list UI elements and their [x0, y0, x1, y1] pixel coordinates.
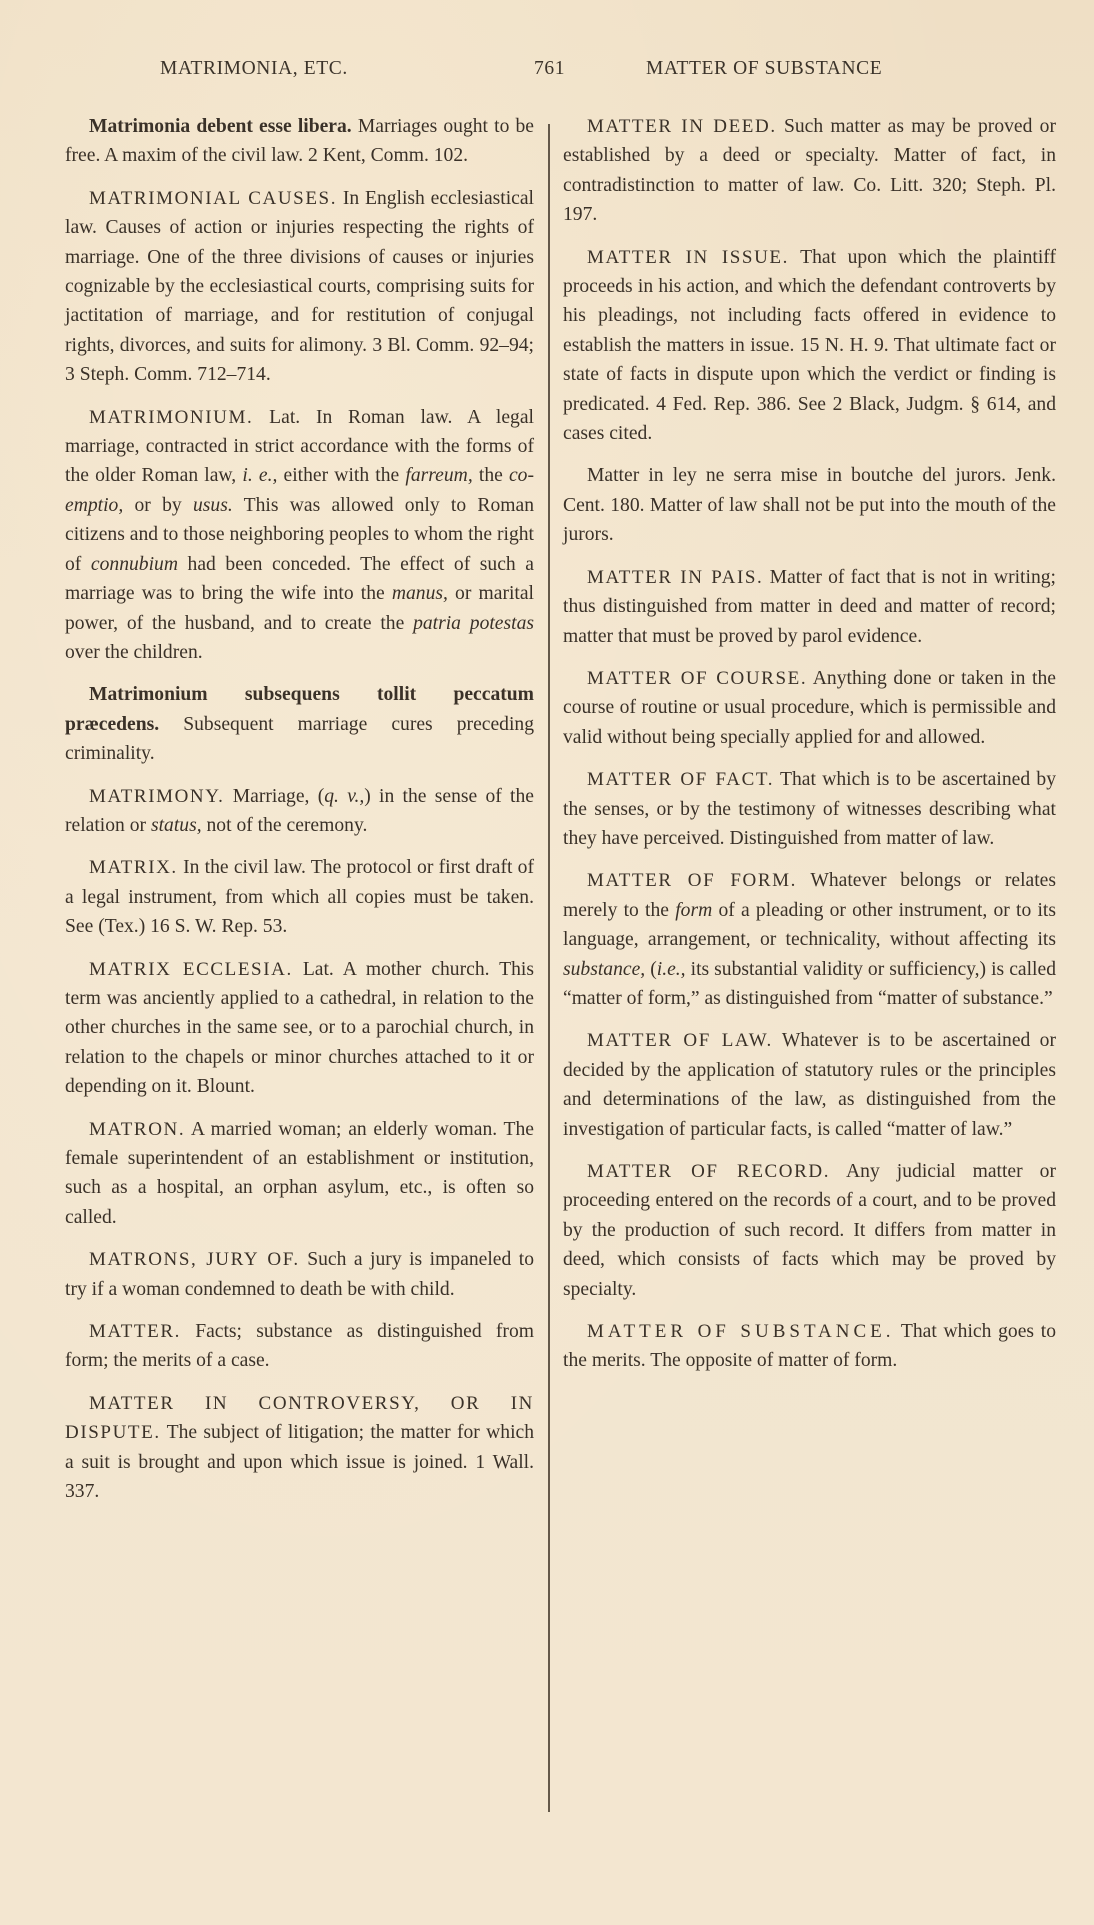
entry-term: MATRIX ECCLESIA. [89, 959, 293, 980]
entry-matrix: MATRIX. In the civil law. The protocol o… [65, 853, 534, 941]
italic-text: i.e., [657, 959, 686, 980]
entry-term: MATRONS, JURY OF. [89, 1249, 300, 1270]
entry-matrimony: MATRIMONY. Marriage, (q. v.,) in the sen… [65, 782, 534, 841]
entry-text: over the children. [65, 642, 203, 663]
italic-text: connubium [91, 554, 178, 575]
entry-matter-in-issue: MATTER IN ISSUE. That upon which the pla… [563, 243, 1056, 449]
entry-matrix-ecclesia: MATRIX ECCLESIA. Lat. A mother church. T… [65, 955, 534, 1102]
entry-text: Marriage, ( [233, 786, 325, 807]
italic-text: substance, [563, 959, 645, 980]
entry-term: MATRIMONIUM. [89, 407, 253, 428]
entry-term: MATTER OF FACT. [587, 769, 774, 790]
entry-text: In English ecclesiastical law. Causes of… [65, 188, 534, 385]
entry-term: MATTER OF RECORD. [587, 1161, 830, 1182]
entry-text: ( [645, 959, 657, 980]
entry-term: MATTER IN PAIS. [587, 567, 763, 588]
entry-matrimonium: MATRIMONIUM. Lat. In Roman law. A legal … [65, 403, 534, 668]
entry-matter-of-substance: MATTER OF SUBSTANCE. That which goes to … [563, 1317, 1056, 1376]
page-number: 761 [534, 58, 565, 80]
running-head: MATRIMONIA, ETC. 761 MATTER OF SUBSTANCE [0, 58, 1094, 88]
entry-term: MATTER. [89, 1321, 181, 1342]
entry-matter-in-ley: Matter in ley ne serra mise in boutche d… [563, 461, 1056, 549]
entry-matter-in-controversy: MATTER IN CONTROVERSY, OR IN DISPUTE. Th… [65, 1389, 534, 1507]
entry-matter-in-pais: MATTER IN PAIS. Matter of fact that is n… [563, 563, 1056, 651]
entry-term: MATRON. [89, 1119, 185, 1140]
entry-matrimonial-causes: MATRIMONIAL CAUSES. In English ecclesias… [65, 184, 534, 390]
italic-text: farreum, [405, 465, 472, 486]
entry-term: MATRIX. [89, 857, 178, 878]
entry-text: the [473, 465, 509, 486]
entry-matter-of-form: MATTER OF FORM. Whatever belongs or rela… [563, 866, 1056, 1013]
entry-term: MATTER IN DEED. [587, 116, 777, 137]
entry-matrimonium-subsequens: Matrimonium subsequens tollit peccatum p… [65, 680, 534, 768]
entry-matrons-jury-of: MATRONS, JURY OF. Such a jury is impanel… [65, 1245, 534, 1304]
entry-text: That upon which the plaintiff proceeds i… [563, 247, 1056, 444]
running-head-left: MATRIMONIA, ETC. [160, 58, 348, 80]
entry-text: not of the ceremony. [202, 815, 368, 836]
entry-matter: MATTER. Facts; substance as distinguishe… [65, 1317, 534, 1376]
dictionary-page: MATRIMONIA, ETC. 761 MATTER OF SUBSTANCE… [0, 0, 1094, 1925]
entry-text: either with the [277, 465, 405, 486]
entry-matter-of-law: MATTER OF LAW. Whatever is to be ascerta… [563, 1026, 1056, 1144]
entry-term: MATRIMONIAL CAUSES. [89, 188, 337, 209]
italic-text: patria potestas [413, 613, 534, 634]
column-divider [548, 124, 550, 1812]
left-column: Matrimonia debent esse libera. Marriages… [65, 112, 534, 1519]
entry-term: Matrimonia debent esse libera. [89, 116, 352, 137]
italic-text: usus. [193, 495, 233, 516]
entry-matter-of-fact: MATTER OF FACT. That which is to be asce… [563, 765, 1056, 853]
entry-matter-in-deed: MATTER IN DEED. Such matter as may be pr… [563, 112, 1056, 230]
entry-matter-of-record: MATTER OF RECORD. Any judicial matter or… [563, 1157, 1056, 1304]
running-head-right: MATTER OF SUBSTANCE [646, 58, 882, 80]
entry-term: MATTER IN ISSUE. [587, 247, 789, 268]
italic-text: status, [151, 815, 202, 836]
italic-text: i. e., [242, 465, 277, 486]
italic-text: q. v., [324, 786, 364, 807]
entry-matter-of-course: MATTER OF COURSE. Anything done or taken… [563, 664, 1056, 752]
entry-term: MATTER OF COURSE. [587, 668, 807, 689]
entry-term: MATTER OF LAW. [587, 1030, 773, 1051]
entry-text: Matter in ley ne serra mise in boutche d… [563, 465, 1056, 545]
entry-term: MATTER OF FORM. [587, 870, 797, 891]
entry-term: MATTER OF SUBSTANCE. [587, 1321, 895, 1342]
italic-text: manus, [392, 583, 448, 604]
entry-text: or by [123, 495, 193, 516]
entry-matron: MATRON. A married woman; an elderly woma… [65, 1115, 534, 1233]
italic-text: form [675, 900, 712, 921]
entry-matrimonia-debent: Matrimonia debent esse libera. Marriages… [65, 112, 534, 171]
entry-term: MATRIMONY. [89, 786, 224, 807]
right-column: MATTER IN DEED. Such matter as may be pr… [563, 112, 1056, 1389]
